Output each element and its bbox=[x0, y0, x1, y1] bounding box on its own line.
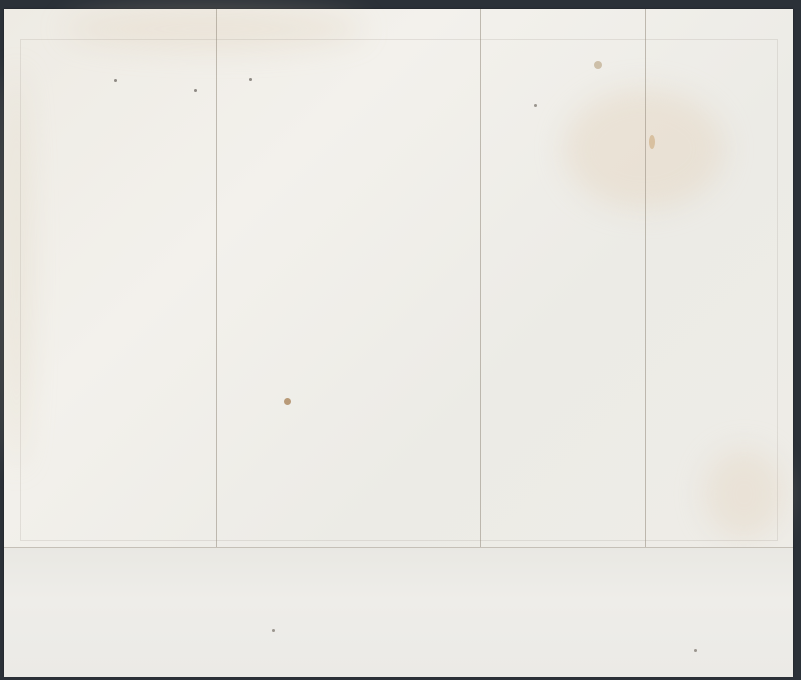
foxing-spot bbox=[649, 135, 655, 149]
foxing-spot bbox=[249, 78, 252, 81]
foxing-spot bbox=[694, 649, 697, 652]
plate-mark bbox=[20, 39, 778, 541]
vertical-fold-line bbox=[480, 9, 481, 547]
vertical-fold-line bbox=[216, 9, 217, 547]
foxing-spot bbox=[284, 398, 291, 405]
paper-sheet bbox=[4, 9, 793, 676]
foxing-spot bbox=[594, 61, 602, 69]
bottom-paper-strip bbox=[4, 547, 793, 677]
foxing-spot bbox=[194, 89, 197, 92]
foxing-spot bbox=[272, 629, 275, 632]
foxing-spot bbox=[114, 79, 117, 82]
vertical-fold-line bbox=[645, 9, 646, 547]
foxing-spot bbox=[534, 104, 537, 107]
